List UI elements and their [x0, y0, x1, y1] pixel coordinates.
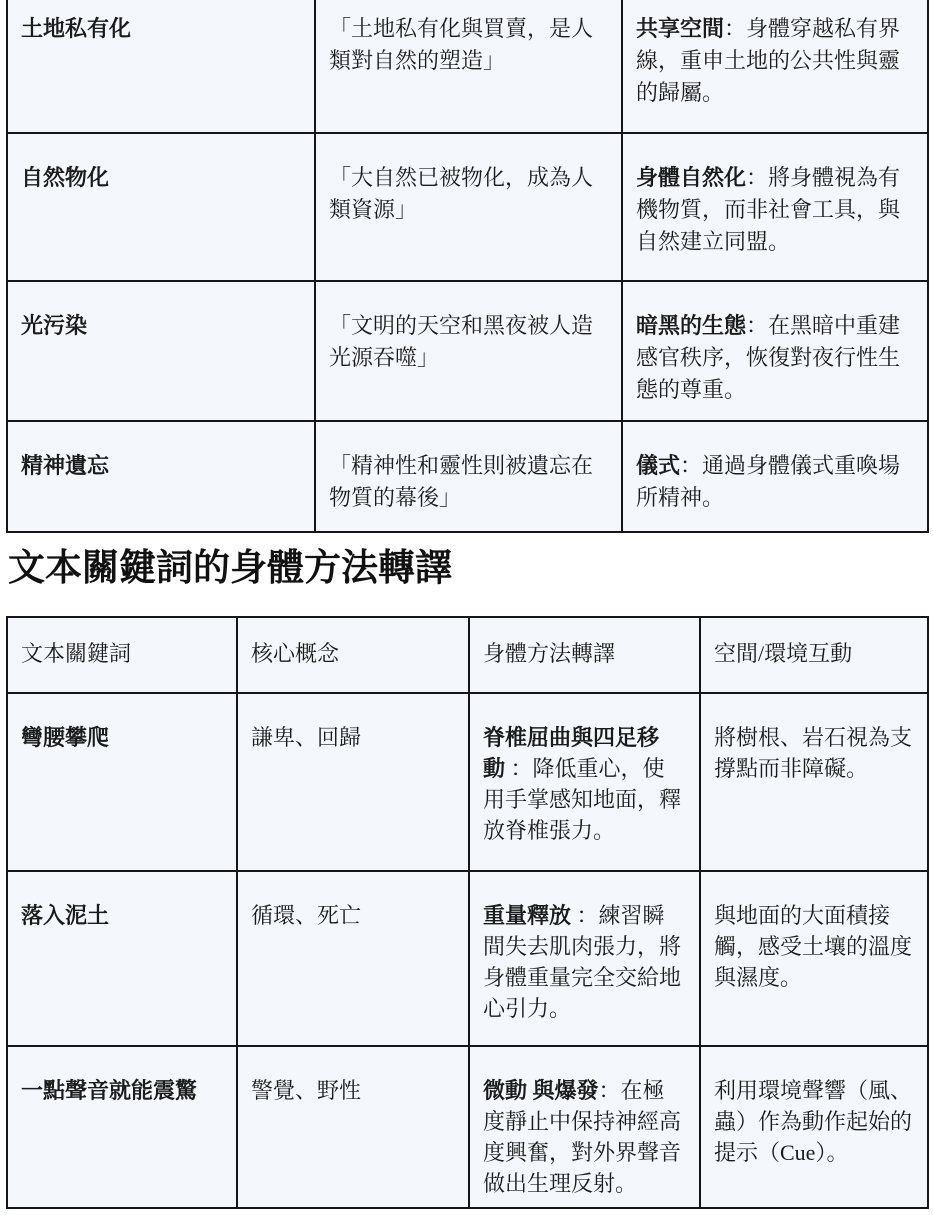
quote-cell: 「文明的天空和黑夜被人造 光源吞噬」 — [315, 281, 622, 421]
method-cell: 重量釋放 ：練習瞬 間失去肌肉張力，將 身體重量完全交給地 心引力。 — [469, 871, 700, 1046]
concept-cell: 謙卑、回歸 — [237, 693, 469, 871]
environment-text: 與地面的大面積接 觸，感受土壤的溫度 與濕度。 — [714, 903, 912, 990]
concept-cell: 循環、死亡 — [237, 871, 469, 1046]
method-cell: 儀式：通過身體儀式重喚場 所精神。 — [622, 421, 928, 532]
table-header-row: 文本關鍵詞 核心概念 身體方法轉譯 空間/環境互動 — [7, 617, 928, 693]
table-keywords: 文本關鍵詞 核心概念 身體方法轉譯 空間/環境互動 彎腰攀爬 謙卑、回歸 脊椎屈… — [6, 616, 929, 1209]
concept-text: 循環、死亡 — [251, 903, 361, 928]
environment-cell: 與地面的大面積接 觸，感受土壤的溫度 與濕度。 — [700, 871, 928, 1046]
keyword-cell: 光污染 — [7, 281, 315, 421]
table-row: 自然物化 「大自然已被物化，成為人 類資源」 身體自然化：將身體視為有 機物質，… — [7, 133, 928, 281]
keyword-cell: 自然物化 — [7, 133, 315, 281]
environment-text: 利用環境聲響（風、 蟲）作為動作起始的 提示（Cue）。 — [714, 1078, 912, 1165]
method-term: 重量釋放 — [483, 903, 577, 928]
method-cell: 身體自然化：將身體視為有 機物質，而非社會工具，與 自然建立同盟。 — [622, 133, 928, 281]
keyword-cell: 落入泥土 — [7, 871, 237, 1046]
environment-text: 將樹根、岩石視為支 撐點而非障礙。 — [714, 725, 912, 781]
quote-text: 「精神性和靈性則被遺忘在 物質的幕後」 — [329, 453, 593, 510]
table-top: 土地私有化 「土地私有化與買賣，是人 類對自然的塑造」 共享空間：身體穿越私有界… — [6, 0, 929, 533]
keyword-label: 土地私有化 — [21, 16, 131, 41]
keyword-label: 自然物化 — [21, 165, 109, 190]
table-row: 彎腰攀爬 謙卑、回歸 脊椎屈曲與四足移 動 ：降低重心，使 用手掌感知地面，釋 … — [7, 693, 928, 871]
table-row: 土地私有化 「土地私有化與買賣，是人 類對自然的塑造」 共享空間：身體穿越私有界… — [7, 0, 928, 133]
quote-text: 「土地私有化與買賣，是人 類對自然的塑造」 — [329, 16, 593, 73]
table-row: 光污染 「文明的天空和黑夜被人造 光源吞噬」 暗黑的生態：在黑暗中重建 感官秩序… — [7, 281, 928, 421]
quote-cell: 「精神性和靈性則被遺忘在 物質的幕後」 — [315, 421, 622, 532]
method-desc: ：降低重心，使 用手掌感知地面，釋 放脊椎張力。 — [483, 756, 681, 843]
concept-cell: 警覺、野性 — [237, 1046, 469, 1208]
header-cell-method: 身體方法轉譯 — [469, 617, 700, 693]
method-cell: 共享空間：身體穿越私有界 線，重申土地的公共性與靈 的歸屬。 — [622, 0, 928, 133]
section-heading: 文本關鍵詞的身體方法轉譯 — [8, 546, 452, 592]
quote-cell: 「大自然已被物化，成為人 類資源」 — [315, 133, 622, 281]
quote-text: 「文明的天空和黑夜被人造 光源吞噬」 — [329, 313, 593, 370]
header-cell-concept: 核心概念 — [237, 617, 469, 693]
method-term: 共享空間 — [636, 16, 724, 41]
keyword-label: 落入泥土 — [21, 903, 109, 928]
header-cell-keyword: 文本關鍵詞 — [7, 617, 237, 693]
header-cell-environment: 空間/環境互動 — [700, 617, 928, 693]
keyword-cell: 精神遺忘 — [7, 421, 315, 532]
keyword-label: 光污染 — [21, 313, 87, 338]
keyword-label: 一點聲音就能震驚 — [21, 1078, 197, 1103]
keyword-label: 彎腰攀爬 — [21, 725, 109, 750]
method-cell: 暗黑的生態：在黑暗中重建 感官秩序，恢復對夜行性生 態的尊重。 — [622, 281, 928, 421]
concept-text: 謙卑、回歸 — [251, 725, 361, 750]
quote-text: 「大自然已被物化，成為人 類資源」 — [329, 165, 593, 222]
keyword-cell: 土地私有化 — [7, 0, 315, 133]
table-row: 精神遺忘 「精神性和靈性則被遺忘在 物質的幕後」 儀式：通過身體儀式重喚場 所精… — [7, 421, 928, 532]
method-cell: 脊椎屈曲與四足移 動 ：降低重心，使 用手掌感知地面，釋 放脊椎張力。 — [469, 693, 700, 871]
table-row: 落入泥土 循環、死亡 重量釋放 ：練習瞬 間失去肌肉張力，將 身體重量完全交給地… — [7, 871, 928, 1046]
environment-cell: 利用環境聲響（風、 蟲）作為動作起始的 提示（Cue）。 — [700, 1046, 928, 1208]
keyword-cell: 彎腰攀爬 — [7, 693, 237, 871]
table-row: 一點聲音就能震驚 警覺、野性 微動 與爆發：在極 度靜止中保持神經高 度興奮，對… — [7, 1046, 928, 1208]
quote-cell: 「土地私有化與買賣，是人 類對自然的塑造」 — [315, 0, 622, 133]
method-cell: 微動 與爆發：在極 度靜止中保持神經高 度興奮，對外界聲音 做出生理反射。 — [469, 1046, 700, 1208]
keyword-cell: 一點聲音就能震驚 — [7, 1046, 237, 1208]
environment-cell: 將樹根、岩石視為支 撐點而非障礙。 — [700, 693, 928, 871]
method-term: 身體自然化 — [636, 165, 746, 190]
keyword-label: 精神遺忘 — [21, 453, 109, 478]
method-term: 儀式 — [636, 453, 680, 478]
method-term: 暗黑的生態 — [636, 313, 746, 338]
concept-text: 警覺、野性 — [251, 1078, 361, 1103]
method-term: 微動 與爆發 — [483, 1078, 599, 1103]
